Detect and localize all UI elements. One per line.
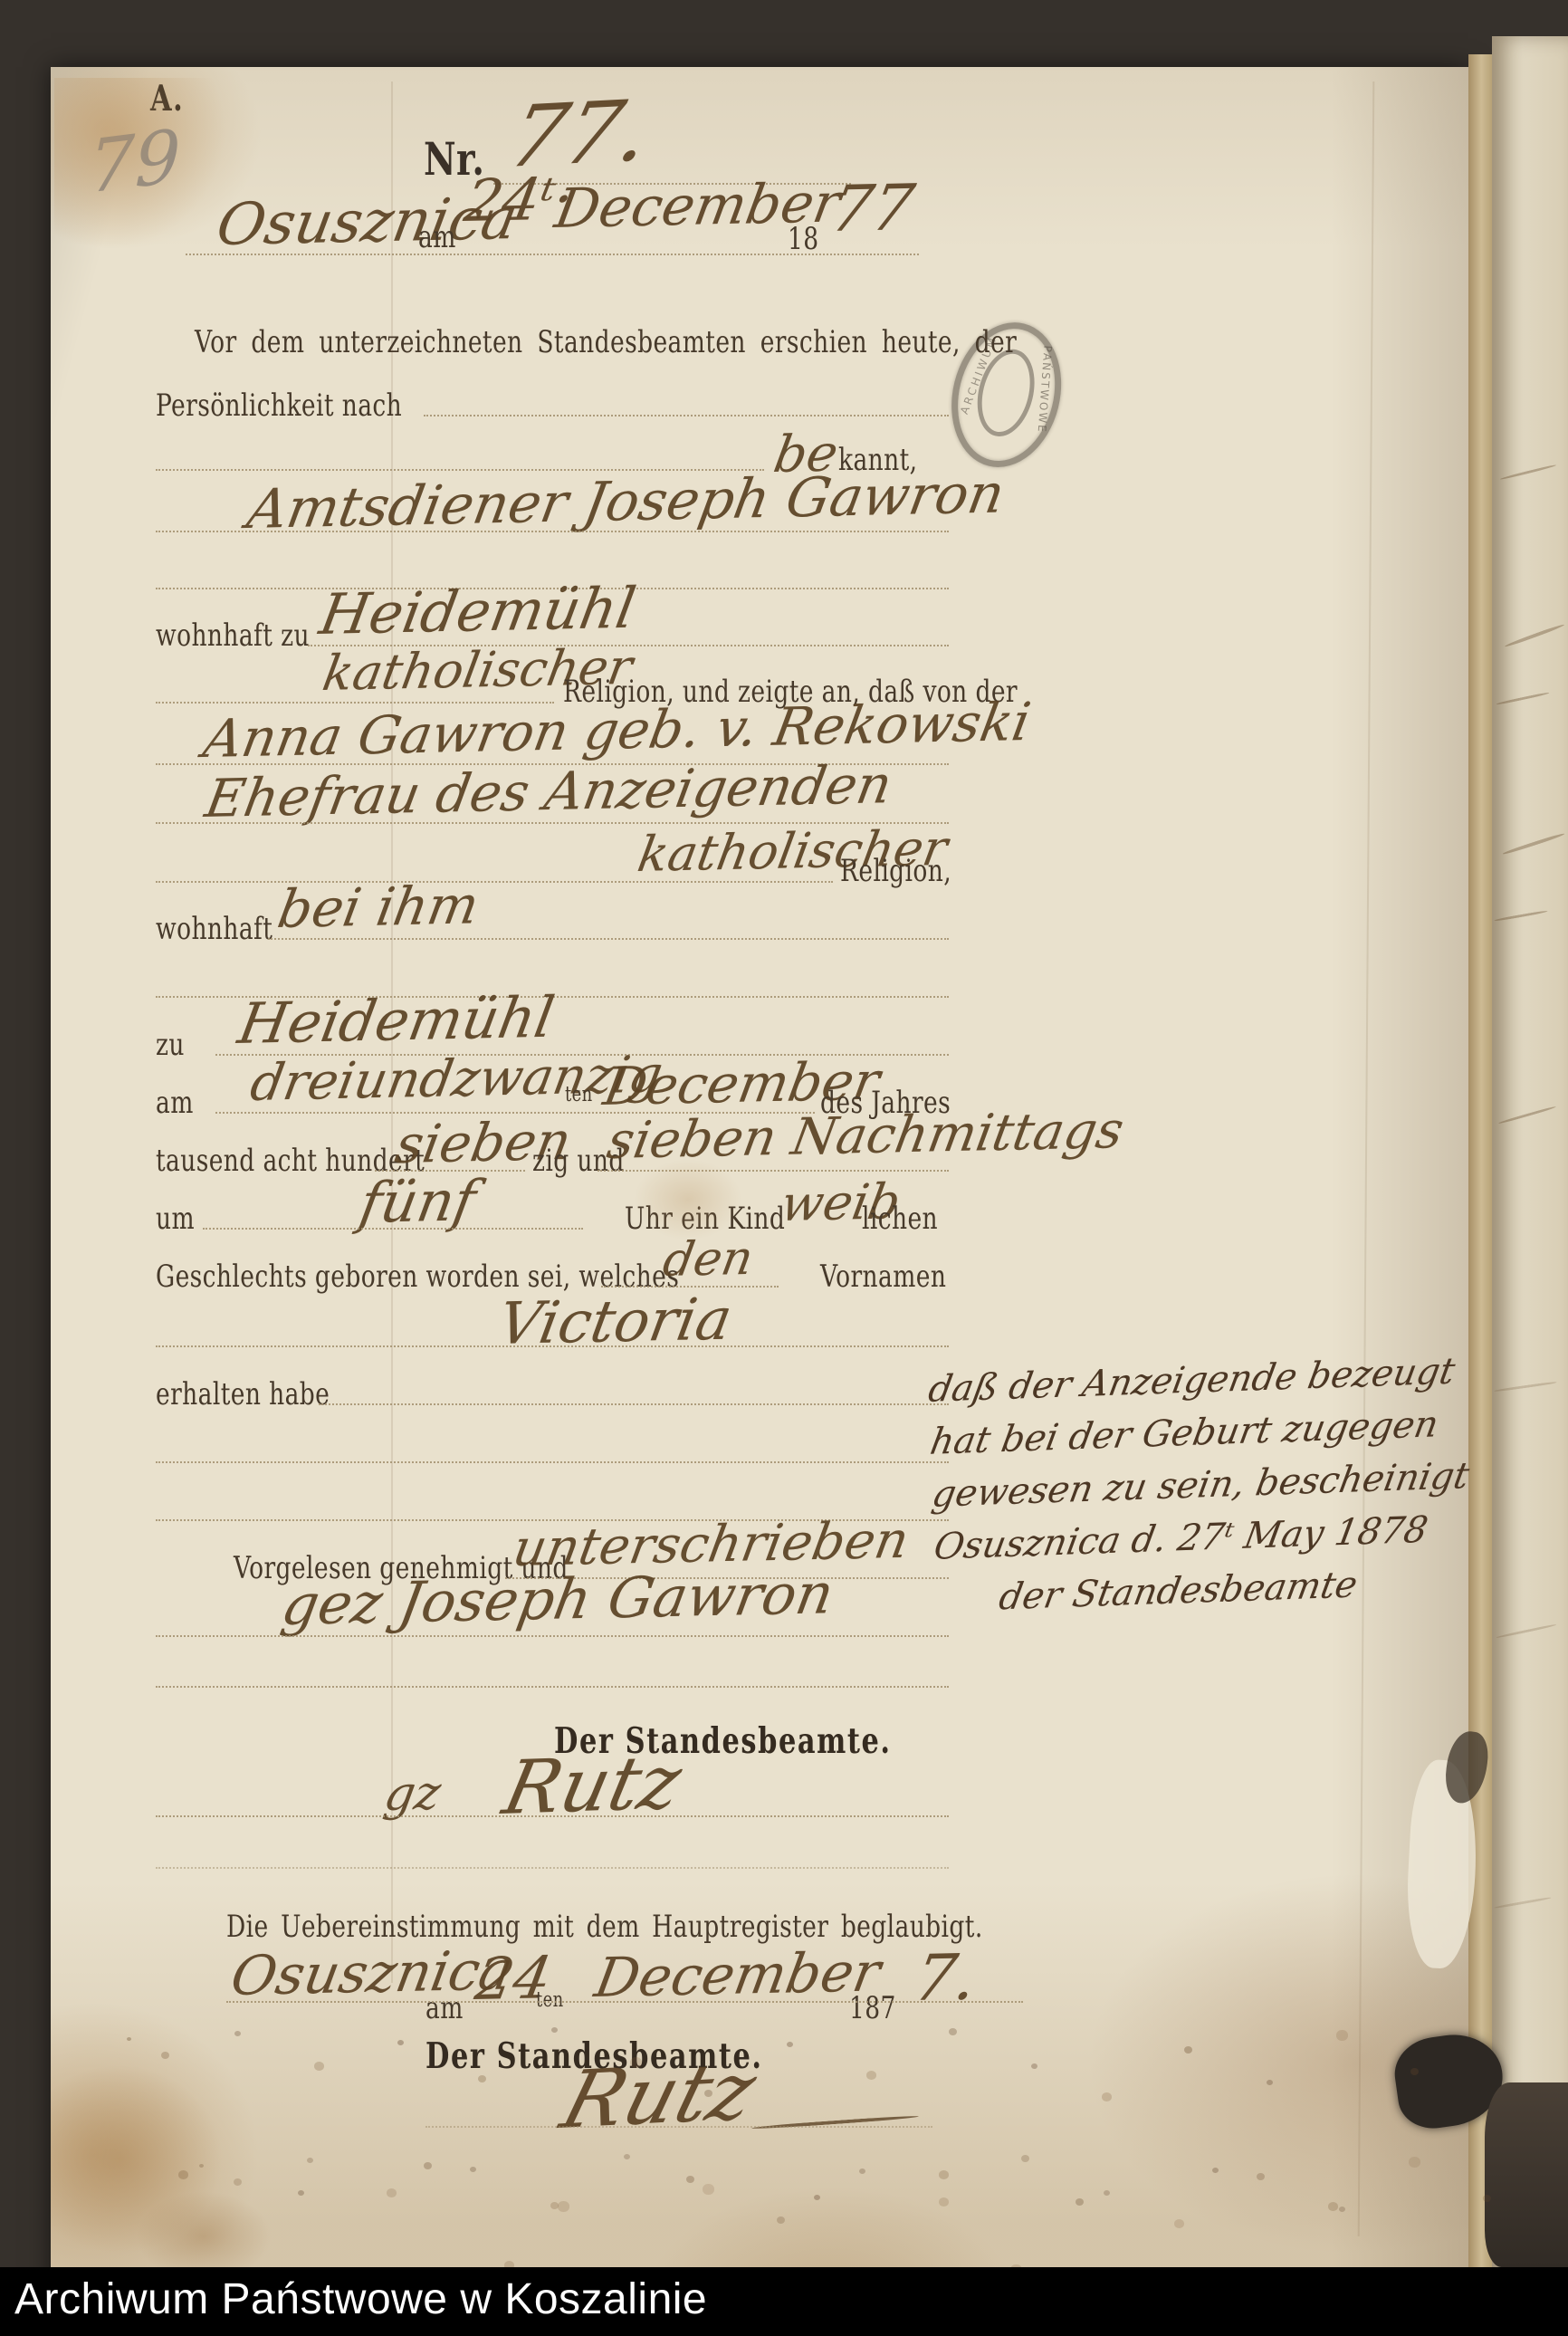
- dark-corner-damage: [1485, 2082, 1568, 2267]
- dotted-line: [186, 254, 919, 255]
- declarant-residence-hand: Heidemühl: [315, 575, 640, 647]
- archive-caption-bar: Archiwum Państwowe w Koszalinie: [0, 2267, 1568, 2336]
- ten2-label: ten: [536, 1988, 564, 2012]
- next-page-sliver: [1492, 36, 1568, 2267]
- foxing-speckles: [199, 2164, 204, 2168]
- signature1-hand: gez Joseph Gawron: [277, 1560, 838, 1638]
- um-label: um: [156, 1201, 195, 1237]
- foxing-speckles: [127, 2037, 131, 2041]
- dotted-line: [424, 415, 949, 416]
- erhalten-label: erhalten habe: [156, 1376, 330, 1412]
- dotted-line: [156, 1345, 949, 1347]
- zu-label: zu: [156, 1027, 185, 1063]
- scanned-register-photo: A. 79 Nr. 77. Osusznica am 24ᵗ· December…: [0, 0, 1568, 2336]
- dotted-line: [156, 531, 949, 532]
- mother-residence-hand: bei ihm: [273, 874, 483, 940]
- year-hand: 77: [826, 170, 920, 246]
- book-page-edge: [1468, 54, 1492, 2336]
- sig2-prefix-hand: gz: [380, 1766, 445, 1822]
- dotted-line: [226, 2001, 1023, 2003]
- am3-label: am: [425, 1990, 464, 2026]
- archive-caption-text: Archiwum Państwowe w Koszalinie: [14, 2274, 707, 2324]
- religion2-label: Religion,: [840, 853, 951, 889]
- dotted-line: [203, 1228, 583, 1230]
- lichen-label: lichen: [862, 1201, 938, 1237]
- ten-label: ten: [565, 1083, 593, 1106]
- century2-label: 187: [849, 1990, 896, 2026]
- page-gutter-shadow: [1331, 67, 1468, 2336]
- am2-label: am: [156, 1085, 194, 1121]
- intro-line: Vor dem unterzeichneten Standesbeamten e…: [195, 324, 1017, 360]
- certify-label: Die Uebereinstimmung mit dem Hauptregist…: [226, 1909, 983, 1945]
- am-label: am: [418, 219, 456, 255]
- wohnhaft-zu-label: wohnhaft zu: [156, 618, 310, 654]
- sig2-hand: Rutz: [496, 1739, 689, 1832]
- marginal-note: daß der Anzeigende bezeugt hat bei der G…: [928, 1345, 1444, 1625]
- child-name-hand: Victoria: [493, 1287, 737, 1358]
- wohnhaft-label: wohnhaft: [156, 911, 272, 947]
- dotted-line: [425, 2126, 932, 2128]
- dotted-line: [156, 1686, 949, 1688]
- persoenlichkeit-label: Persönlichkeit nach: [156, 388, 402, 424]
- stain: [54, 78, 226, 250]
- dotted-line: [268, 938, 949, 940]
- dotted-line: [319, 1403, 949, 1405]
- stain: [634, 1159, 742, 1240]
- signature3-hand: Rutz: [552, 2044, 766, 2147]
- dotted-line: [156, 1461, 949, 1463]
- dotted-line: [156, 881, 833, 883]
- century-label: 18: [788, 221, 819, 257]
- hour-hand: fünf: [355, 1167, 481, 1236]
- vornamen-label: Vornamen: [820, 1259, 946, 1295]
- month2-hand: December: [590, 1940, 885, 2010]
- dotted-line: [156, 1635, 949, 1637]
- dotted-line: [156, 1867, 949, 1869]
- birthplace-hand: Heidemühl: [234, 984, 559, 1057]
- dotted-line: [156, 1815, 949, 1817]
